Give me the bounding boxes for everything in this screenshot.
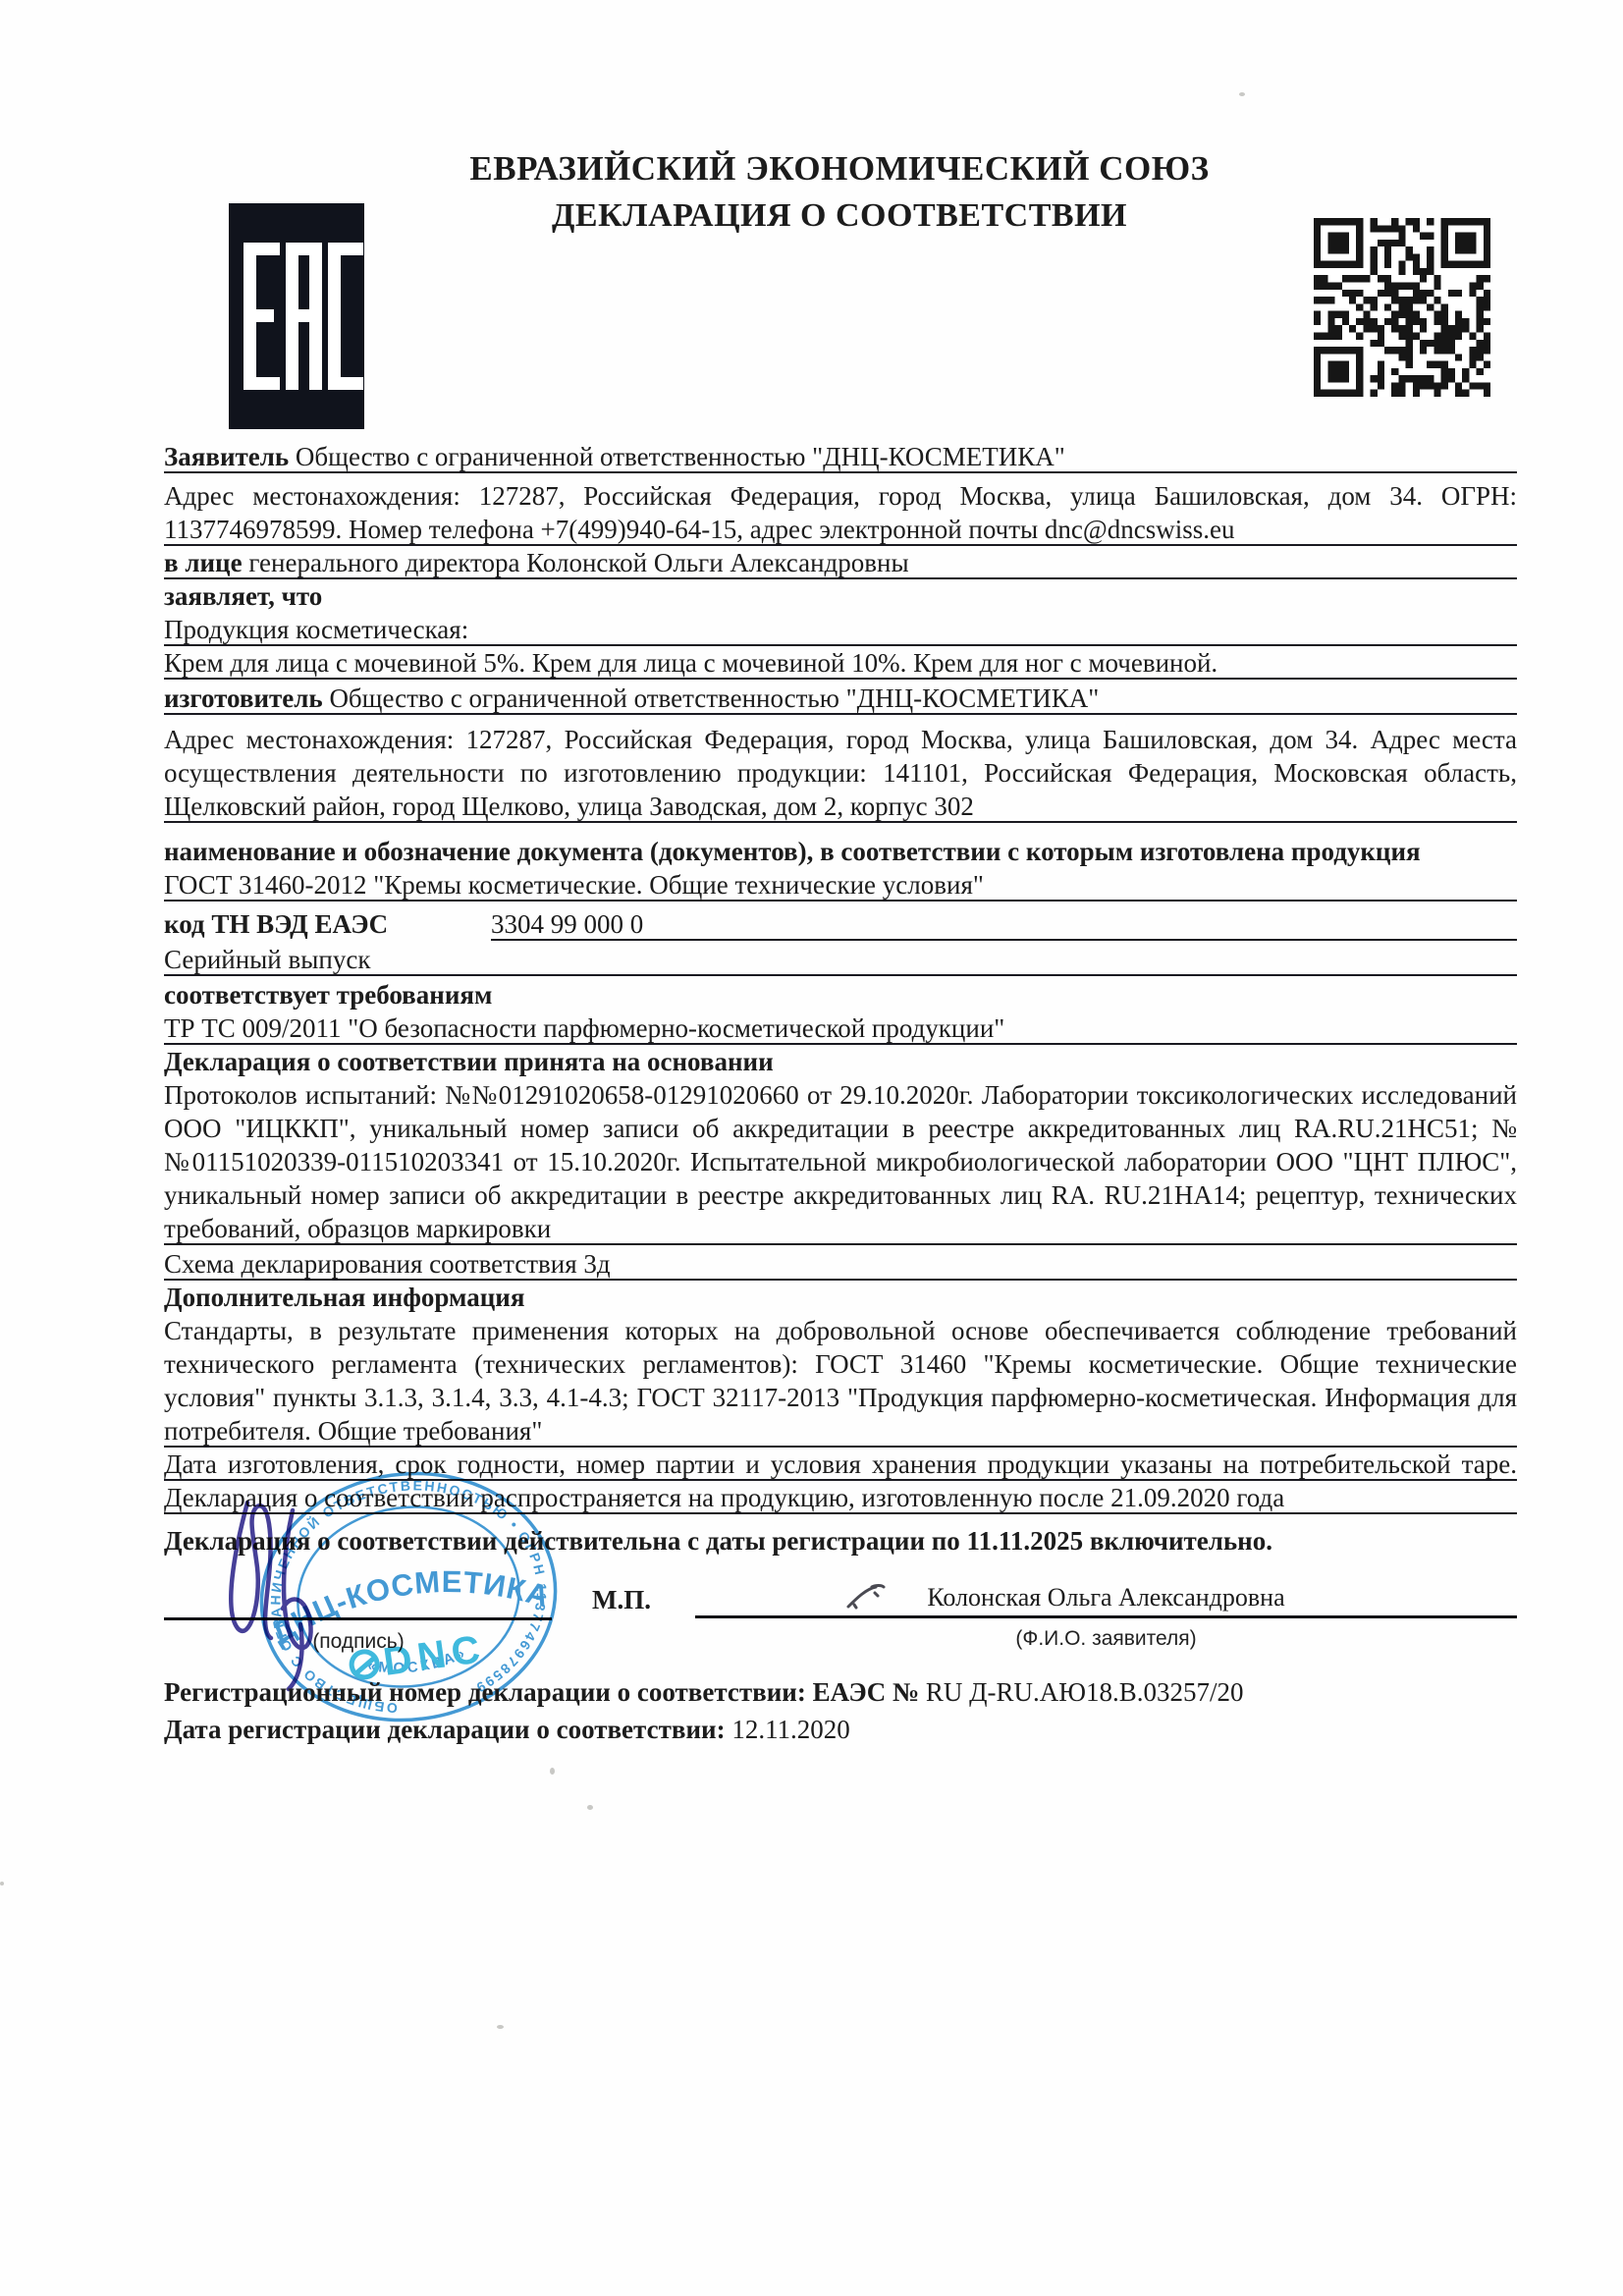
qr-code (1314, 218, 1490, 397)
serial-release: Серийный выпуск (164, 943, 1517, 976)
basis-line1: Протоколов испытаний: №№01291020658-0129… (164, 1078, 1517, 1112)
scan-speck (1239, 92, 1245, 96)
reg-number-value: RU Д-RU.АЮ18.В.03257/20 (919, 1677, 1243, 1707)
product-type: Продукция косметическая: (164, 613, 1517, 646)
storage-line: Дата изготовления, срок годности, номер … (164, 1448, 1517, 1481)
additional-line3: условия" пункты 3.1.3, 3.1.4, 3.3, 4.1-4… (164, 1381, 1517, 1414)
title-union: ЕВРАЗИЙСКИЙ ЭКОНОМИЧЕСКИЙ СОЮЗ (324, 145, 1355, 192)
validity-line: Декларация о соответствии действительна … (164, 1524, 1517, 1558)
represented-value: генерального директора Колонской Ольги А… (243, 548, 909, 577)
represented-label: в лице (164, 548, 243, 577)
stamp-place-label: М.П. (592, 1583, 651, 1616)
additional-line2: технического регламента (технических рег… (164, 1347, 1517, 1381)
signatory-name: Колонская Ольга Александровна (695, 1581, 1517, 1614)
reg-date-value: 12.11.2020 (726, 1715, 850, 1744)
form-body: Заявитель Общество с ограниченной ответс… (164, 440, 1517, 1514)
registration-date-line: Дата регистрации декларации о соответств… (164, 1713, 850, 1746)
manufacturer-address-line3: Щелковский район, город Щелково, улица З… (164, 790, 1517, 823)
scan-speck (0, 1882, 4, 1886)
registration-number-line: Регистрационный номер декларации о соотв… (164, 1675, 1244, 1709)
field-applicant: Заявитель Общество с ограниченной ответс… (164, 440, 1517, 473)
name-caption: (Ф.И.О. заявителя) (695, 1622, 1517, 1656)
basis-line5: требований, образцов маркировки (164, 1212, 1517, 1245)
scan-speck (497, 2025, 504, 2029)
reg-date-label: Дата регистрации декларации о соответств… (164, 1715, 726, 1744)
product-list: Крем для лица с мочевиной 5%. Крем для л… (164, 646, 1517, 680)
manufacturer-address-line2: осуществления деятельности по изготовлен… (164, 756, 1517, 790)
field-represented-by: в лице генерального директора Колонской … (164, 546, 1517, 579)
scan-speck (587, 1805, 593, 1810)
scan-speck (550, 1768, 555, 1775)
doc-heading: наименование и обозначение документа (до… (164, 835, 1517, 868)
eac-mark-icon (229, 203, 364, 429)
applicant-label: Заявитель (164, 442, 289, 471)
additional-line1: Стандарты, в результате применения котор… (164, 1314, 1517, 1347)
manufacturer-label: изготовитель (164, 683, 323, 713)
basis-heading: Декларация о соответствии принята на осн… (164, 1045, 1517, 1078)
handwritten-signature (218, 1485, 395, 1696)
document-title: ЕВРАЗИЙСКИЙ ЭКОНОМИЧЕСКИЙ СОЮЗ ДЕКЛАРАЦИ… (324, 145, 1355, 240)
field-tnved: код ТН ВЭД ЕАЭС 3304 99 000 0 (164, 907, 1517, 941)
basis-line3: №01151020339-011510203341 от 15.10.2020г… (164, 1145, 1517, 1178)
conforms-value: ТР ТС 009/2011 "О безопасности парфюмерн… (164, 1011, 1517, 1045)
declaration-document: { "header": { "title_line1": "ЕВРАЗИЙСКИ… (0, 0, 1623, 2296)
reg-number-label: Регистрационный номер декларации о соотв… (164, 1677, 919, 1707)
tnved-label: код ТН ВЭД ЕАЭС (164, 907, 491, 941)
manufacturer-address-line1: Адрес местонахождения: 127287, Российска… (164, 723, 1517, 756)
title-declaration: ДЕКЛАРАЦИЯ О СООТВЕТСТВИИ (324, 192, 1355, 240)
declares-heading: заявляет, что (164, 579, 1517, 613)
scheme-line: Схема декларирования соответствия 3д (164, 1247, 1517, 1281)
field-manufacturer: изготовитель Общество с ограниченной отв… (164, 682, 1517, 715)
applicant-address-line2: 1137746978599. Номер телефона +7(499)940… (164, 513, 1517, 546)
conforms-heading: соответствует требованиям (164, 978, 1517, 1011)
additional-line4: потребителя. Общие требования" (164, 1414, 1517, 1448)
tnved-value: 3304 99 000 0 (491, 907, 1517, 941)
applicant-value: Общество с ограниченной ответственностью… (289, 442, 1065, 471)
signature-caption: (подпись) (280, 1625, 437, 1659)
manufacturer-value: Общество с ограниченной ответственностью… (323, 683, 1100, 713)
applicant-address-line1: Адрес местонахождения: 127287, Российска… (164, 479, 1517, 513)
basis-line2: ООО "ИЦККП", уникальный номер записи об … (164, 1112, 1517, 1145)
name-line (695, 1615, 1517, 1618)
signature-line (164, 1617, 552, 1620)
doc-value: ГОСТ 31460-2012 "Кремы косметические. Об… (164, 868, 1517, 902)
basis-line4: уникальный номер записи об аккредитации … (164, 1178, 1517, 1212)
additional-heading: Дополнительная информация (164, 1281, 1517, 1314)
applies-line: Декларация о соответствии распространяет… (164, 1481, 1517, 1514)
